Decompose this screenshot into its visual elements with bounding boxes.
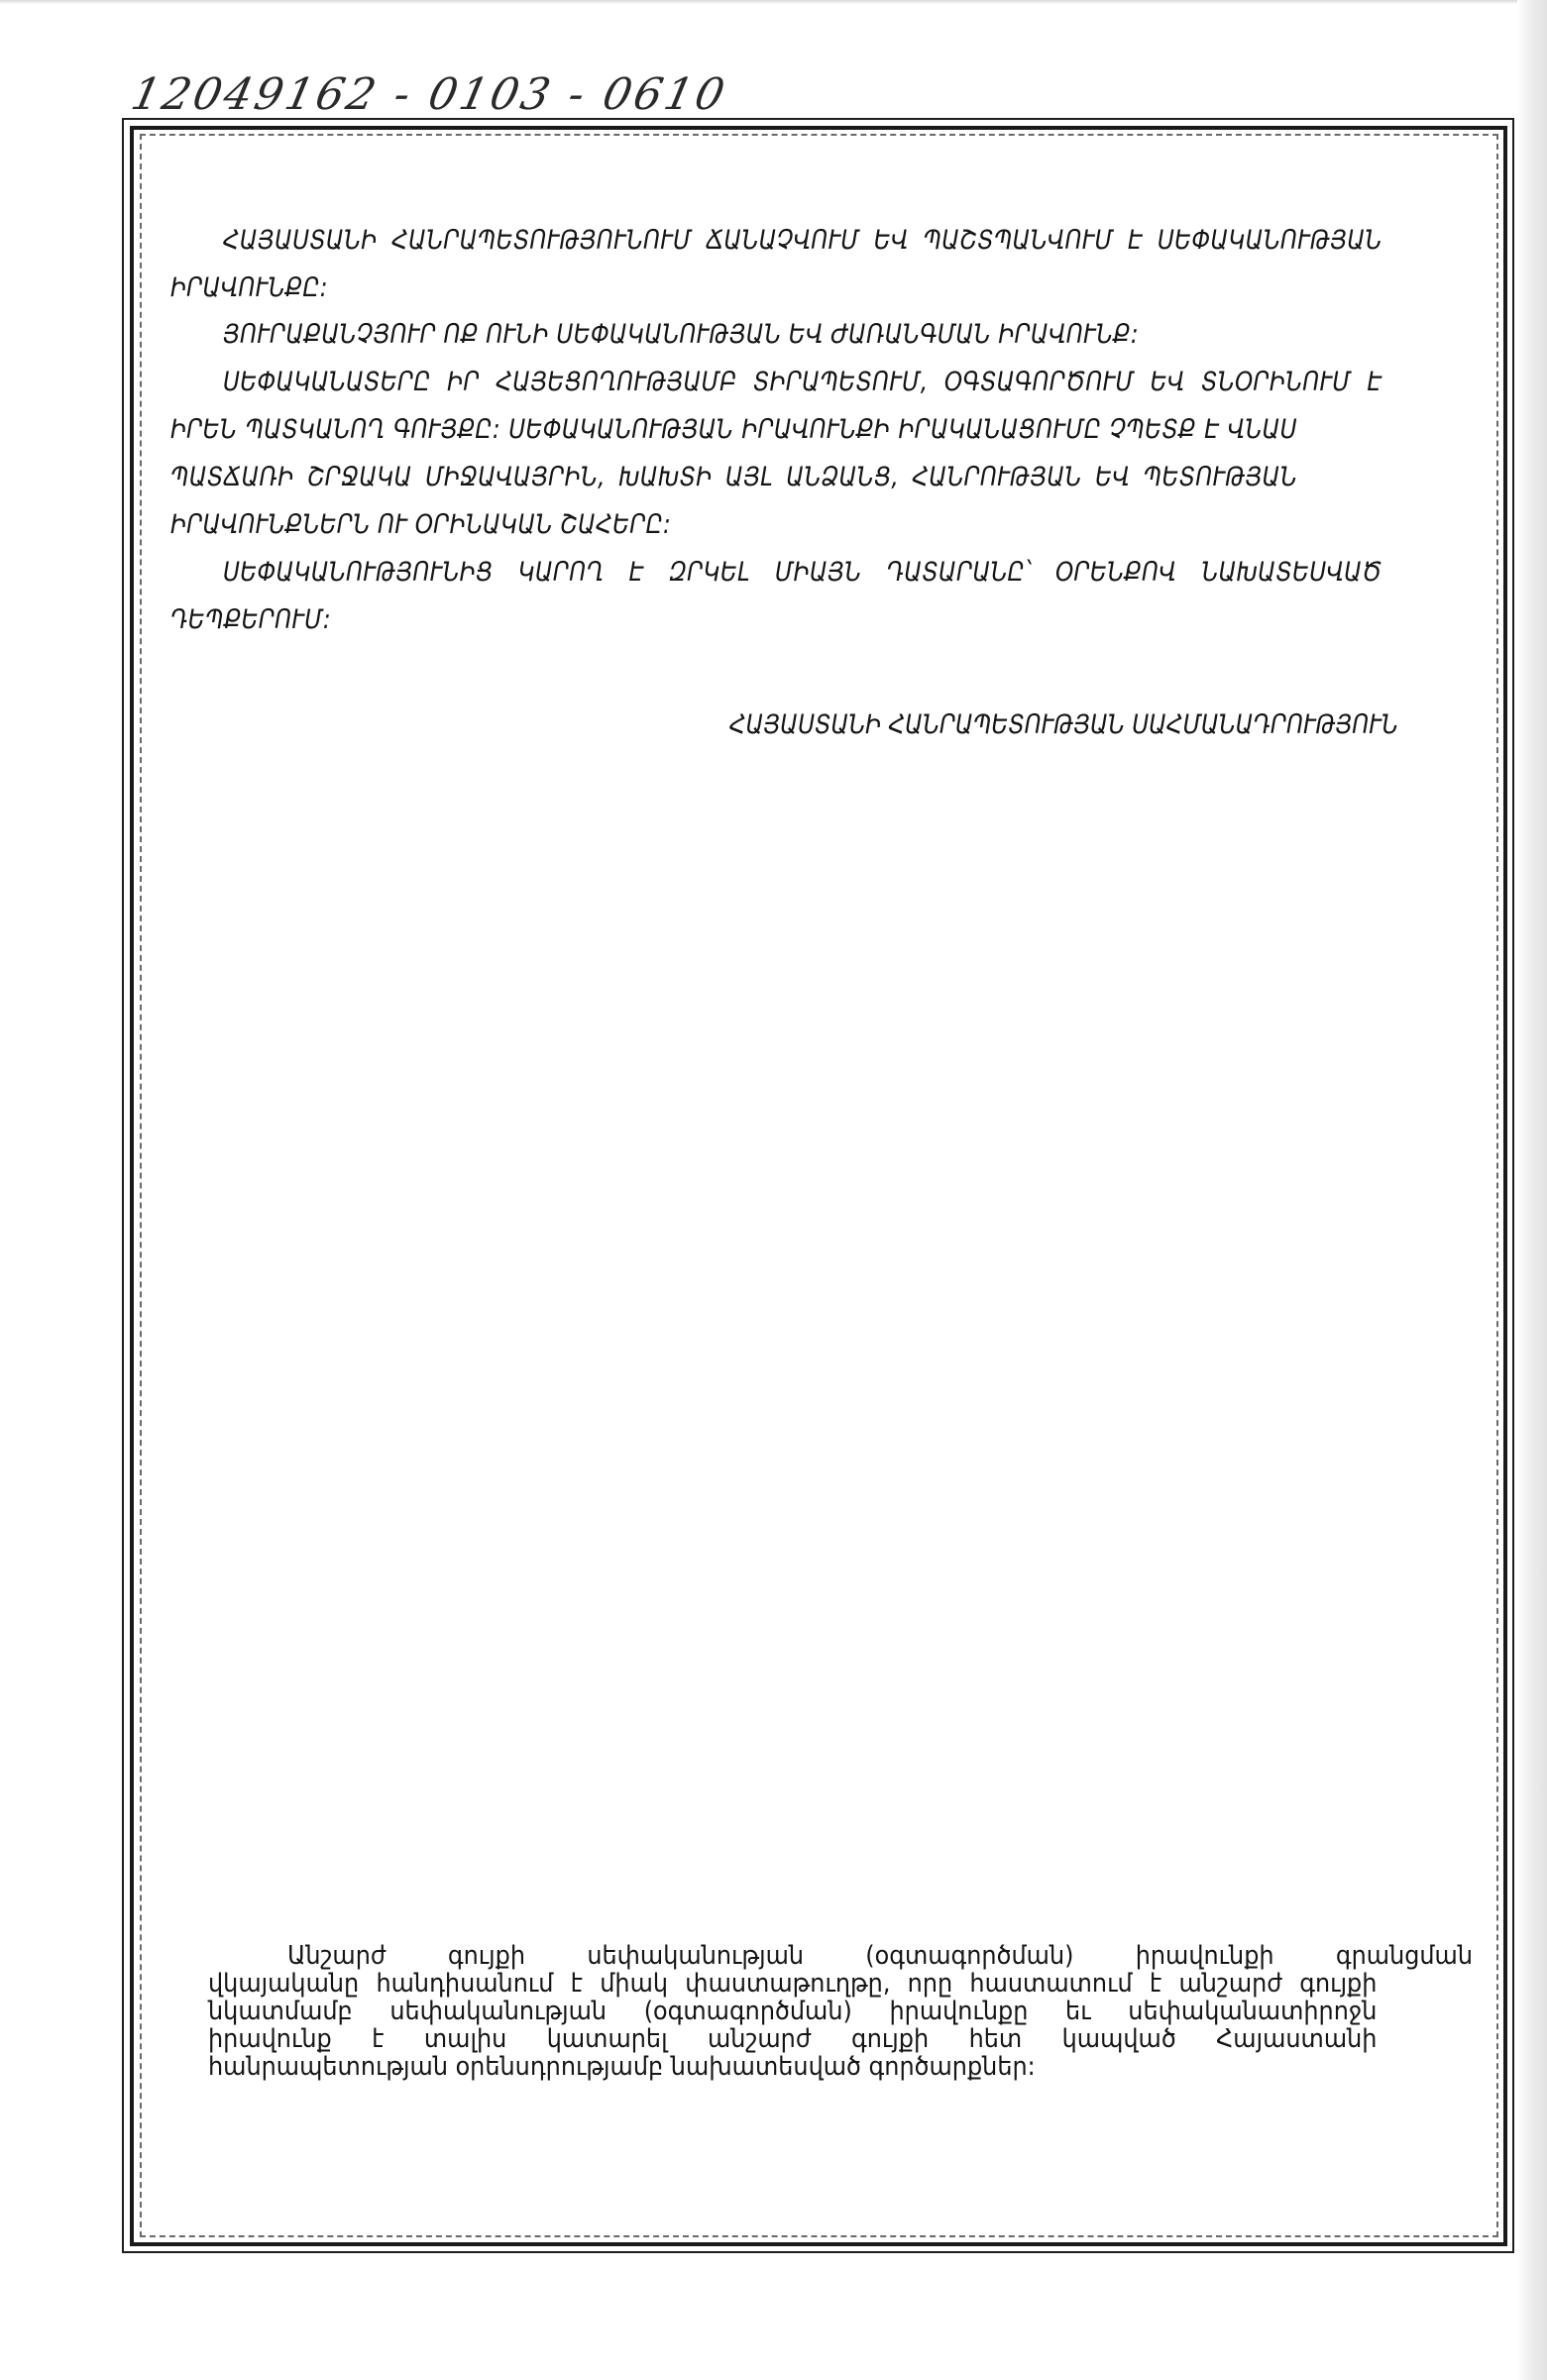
scan-edge-top — [0, 0, 1547, 4]
quote-line: ՅՈՒՐԱՔԱՆՉՅՈՒՐ ՈՔ ՈՒՆԻ ՍԵՓԱԿԱՆՈՒԹՅԱՆ ԵՎ Ժ… — [223, 319, 1382, 351]
notice-line: հանրապետության օրենսդրությամբ նախատեսված… — [208, 2053, 1377, 2081]
quote-line: ԻՐԵՆ ՊԱՏԿԱՆՈՂ ԳՈՒՅՔԸ: ՍԵՓԱԿԱՆՈՒԹՅԱՆ ԻՐԱՎ… — [170, 414, 1297, 446]
quote-line: ԴԵՊՔԵՐՈՒՄ: — [170, 604, 1297, 636]
quote-line: ՊԱՏՃԱՌԻ ՇՐՋԱԿԱ ՄԻՋԱՎԱՅՐԻՆ, ԽԱԽՏԻ ԱՅԼ ԱՆՁ… — [170, 462, 1297, 493]
quote-line: ՍԵՓԱԿԱՆԱՏԵՐԸ ԻՐ ՀԱՅԵՑՈՂՈՒԹՅԱՄԲ ՏԻՐԱՊԵՏՈՒ… — [223, 367, 1382, 398]
notice-line: Անշարժ գույքի սեփականության (օգտագործման… — [287, 1942, 1473, 1970]
quote-line: ԻՐԱՎՈՒՆՔՆԵՐՆ ՈՒ ՕՐԻՆԱԿԱՆ ՇԱՀԵՐԸ: — [170, 509, 1297, 541]
notice-line: վկայականը հանդիսանում է միակ փաստաթուղթը… — [208, 1970, 1377, 1998]
border-frame-dashed — [140, 134, 1498, 2237]
quote-line: ԻՐԱՎՈՒՆՔԸ: — [170, 272, 1297, 304]
notice-line: իրավունք է տալիս կատարել անշարժ գույքի հ… — [208, 2025, 1377, 2053]
quote-line: ՀԱՅԱՍՏԱՆԻ ՀԱՆՐԱՊԵՏՈՒԹՅՈՒՆՈՒՄ ՃԱՆԱՉՎՈՒՄ Ե… — [223, 225, 1382, 257]
scan-edge-right — [1517, 0, 1547, 2380]
quote-line: ՍԵՓԱԿԱՆՈՒԹՅՈՒՆԻՑ ԿԱՐՈՂ Է ԶՐԿԵԼ ՄԻԱՅՆ ԴԱՏ… — [223, 557, 1382, 589]
quote-source: ՀԱՅԱՍՏԱՆԻ ՀԱՆՐԱՊԵՏՈՒԹՅԱՆ ՍԱՀՄԱՆԱԴՐՈՒԹՅՈՒ… — [729, 709, 1398, 741]
notice-line: նկատմամբ սեփականության (օգտագործման) իրա… — [208, 1998, 1377, 2025]
handwritten-registration-number: 12049162 - 0103 - 0610 — [127, 69, 731, 120]
